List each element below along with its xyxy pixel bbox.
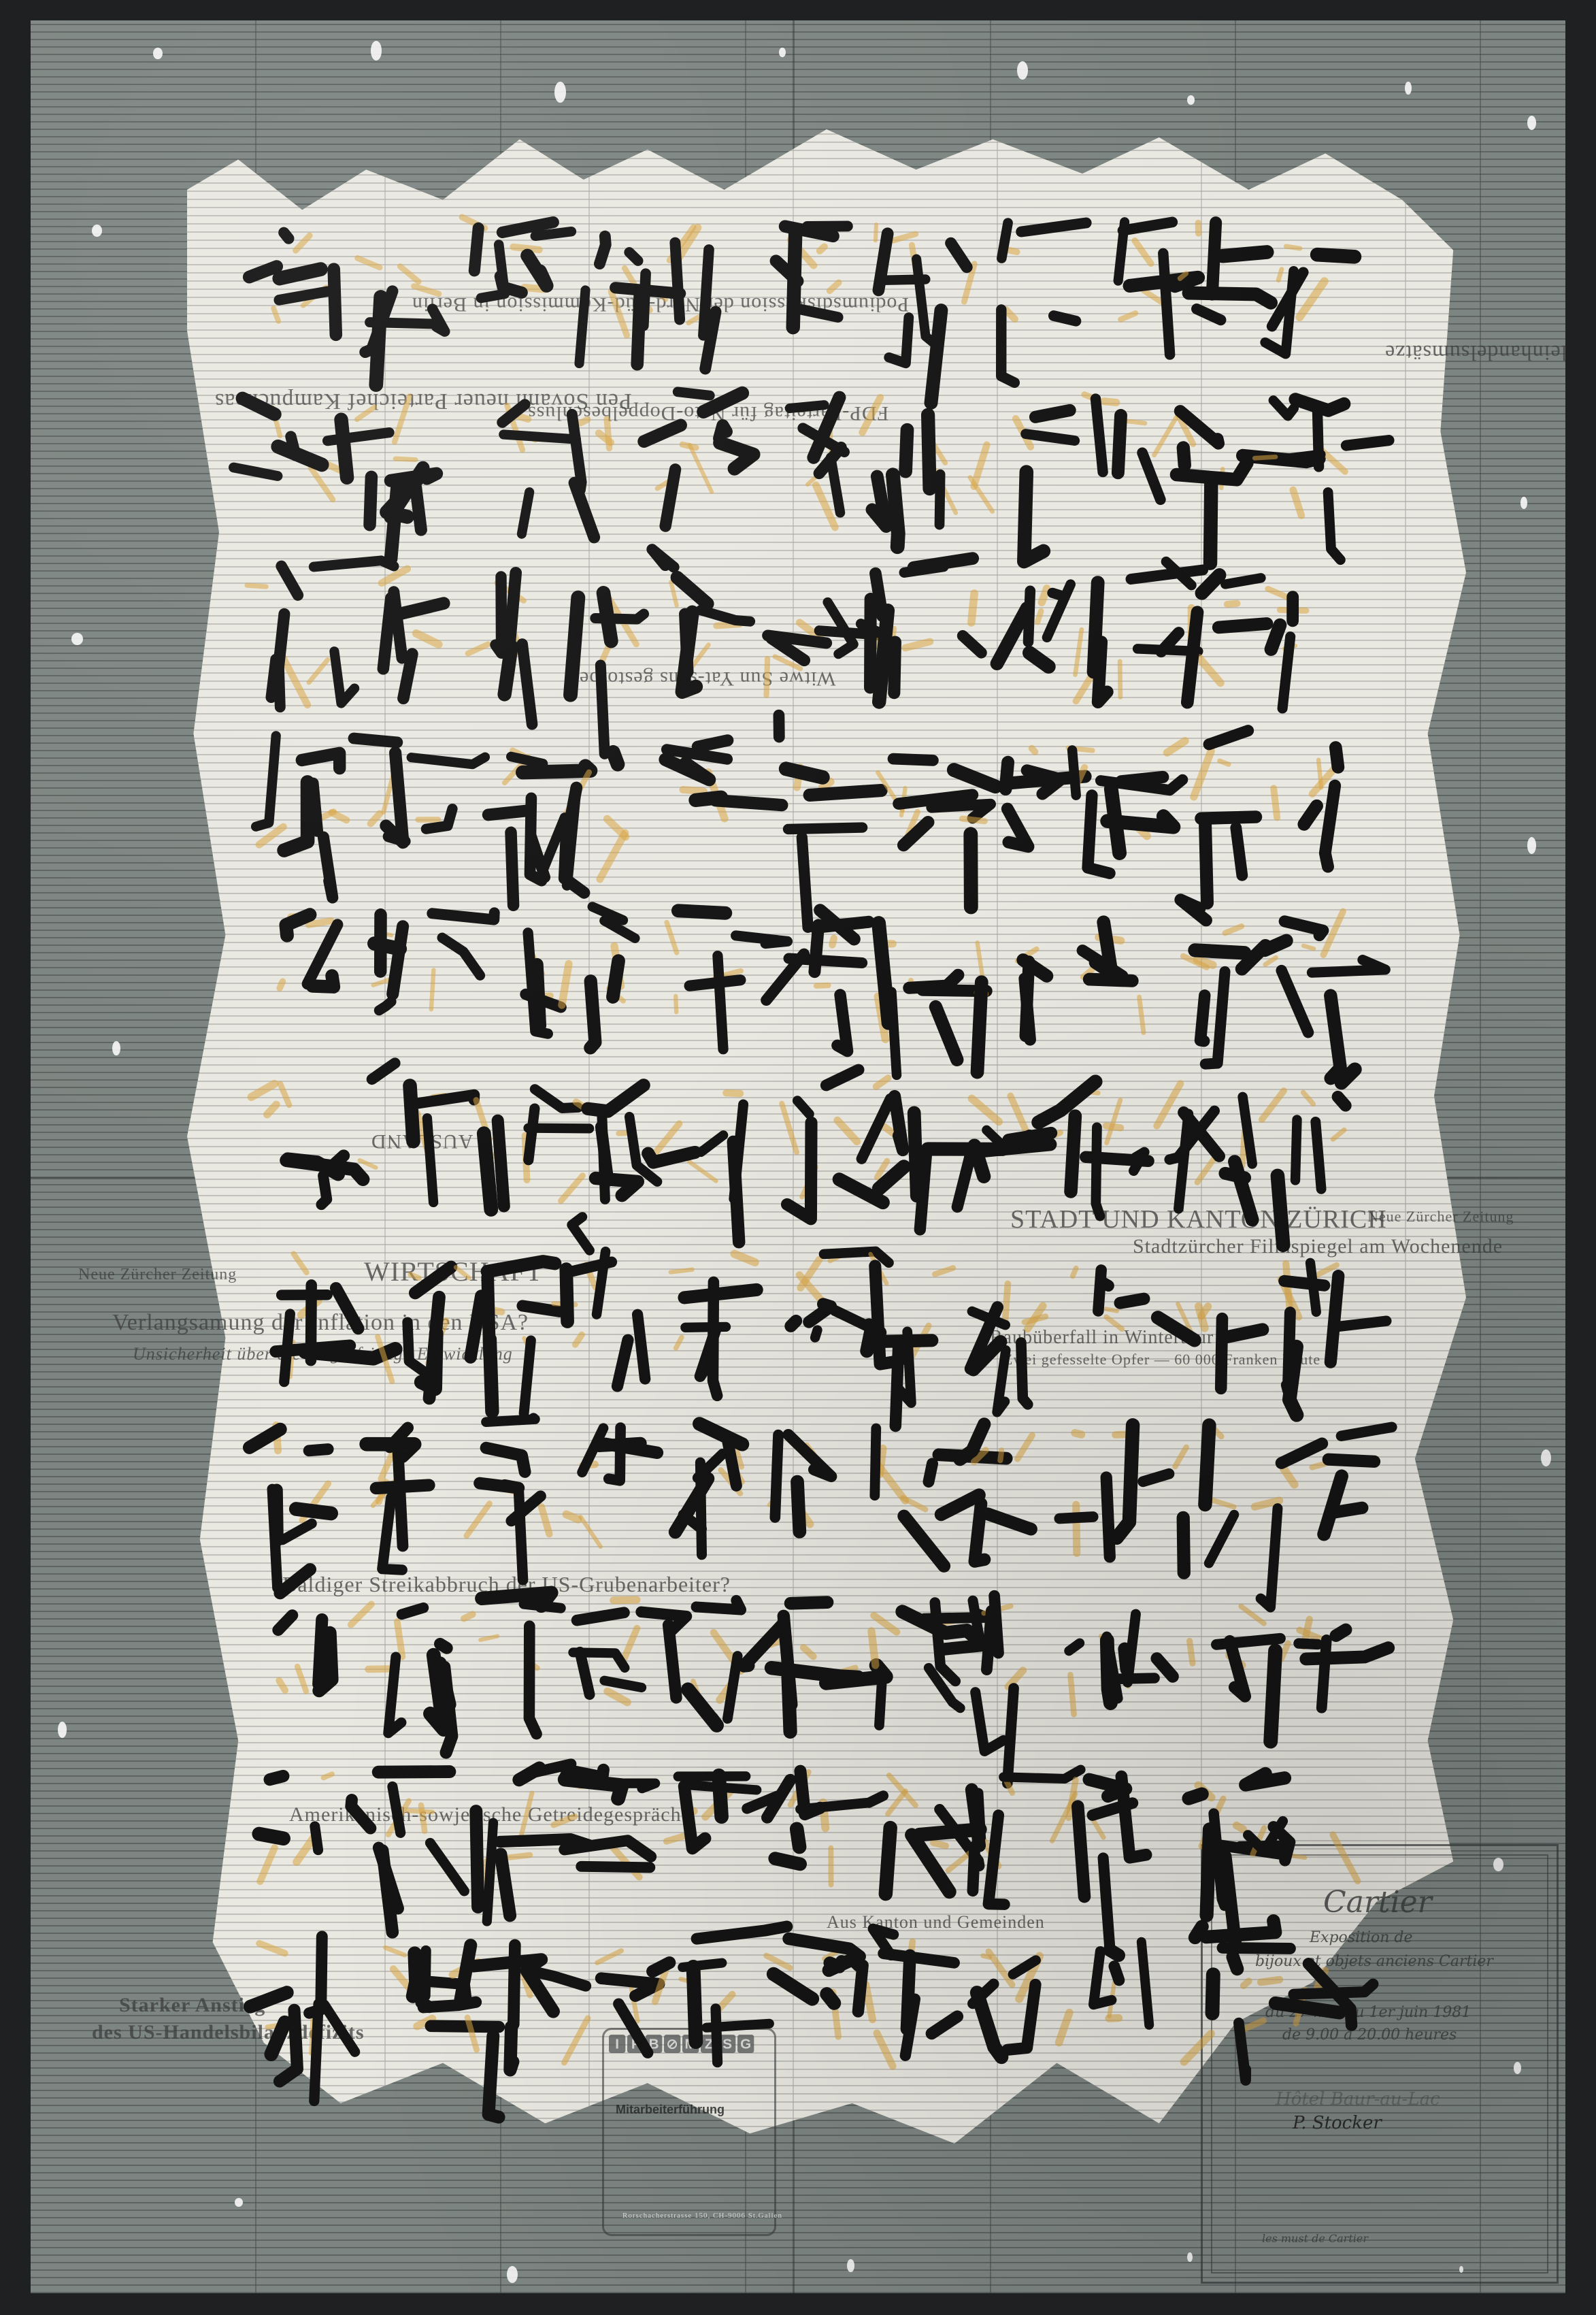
script-glyph [278, 1569, 332, 1691]
script-glyph [744, 1603, 886, 1732]
script-glyph [554, 1217, 646, 1386]
script-glyph [951, 223, 1086, 383]
script-glyph [1084, 395, 1161, 499]
script-glyph [351, 1605, 452, 1753]
script-glyph [779, 715, 881, 927]
artwork-sheet: Pen Sovann neuer Parteichef Kampucheas P… [31, 20, 1565, 2293]
script-glyph [1059, 1942, 1150, 2043]
script-glyph [954, 749, 1085, 907]
script-glyph [462, 217, 571, 298]
script-glyph [561, 1085, 658, 1201]
script-glyph [580, 236, 680, 364]
script-glyph [378, 1267, 451, 1398]
script-glyph [878, 923, 986, 1075]
script-glyph [667, 910, 787, 1049]
script-glyph [354, 738, 485, 842]
script-glyph [776, 226, 848, 327]
script-glyph [566, 1428, 656, 1547]
script-glyph [970, 410, 1075, 561]
script-glyph [276, 1254, 395, 1382]
script-glyph [669, 227, 716, 369]
script-glyph [357, 258, 444, 384]
script-glyph [1157, 1084, 1252, 1220]
script-glyph [250, 1937, 355, 2101]
script-glyph [665, 740, 782, 819]
script-glyph [367, 1428, 429, 1570]
script-glyph [1261, 1964, 1373, 2025]
script-glyph [657, 392, 753, 526]
script-glyph [250, 1425, 331, 1588]
script-glyph [1073, 1268, 1144, 1329]
script-glyph [251, 1084, 363, 1204]
script-glyph [1059, 1425, 1169, 1557]
script-glyph [963, 589, 1048, 667]
brush-script-rows [31, 20, 1565, 2293]
script-glyph [747, 1771, 867, 1885]
script-glyph [941, 1424, 1032, 1562]
script-glyph [249, 233, 336, 335]
script-glyph [676, 1424, 742, 1554]
script-glyph [280, 915, 337, 988]
script-glyph [464, 1593, 561, 1735]
script-glyph [259, 1774, 332, 1882]
script-glyph [502, 404, 576, 533]
picture-frame: Pen Sovann neuer Parteichef Kampucheas P… [0, 0, 1596, 2315]
script-glyph [247, 561, 394, 707]
script-glyph [1167, 731, 1256, 903]
script-glyph [766, 1939, 859, 2037]
script-glyph [1068, 748, 1182, 873]
script-glyph [571, 593, 644, 754]
script-glyph [790, 397, 844, 527]
script-glyph [1158, 1304, 1263, 1388]
script-glyph [360, 1063, 474, 1202]
script-glyph [1281, 1263, 1386, 1415]
script-glyph [869, 1775, 980, 1894]
script-glyph [442, 933, 561, 1034]
script-glyph [1265, 246, 1354, 354]
script-glyph [1274, 748, 1338, 867]
script-glyph [382, 569, 444, 698]
script-glyph [876, 225, 941, 403]
script-glyph [1271, 1620, 1389, 1741]
script-glyph [554, 1770, 655, 1877]
script-glyph [973, 1596, 1023, 1784]
script-glyph [766, 910, 869, 1051]
script-glyph [1052, 1777, 1146, 1952]
script-glyph [863, 397, 956, 546]
script-glyph [562, 907, 635, 1048]
script-glyph [1262, 1070, 1355, 1245]
script-glyph [1161, 561, 1267, 702]
script-glyph [867, 1254, 953, 1426]
script-glyph [671, 1254, 757, 1396]
script-glyph [256, 736, 346, 898]
script-glyph [977, 942, 1046, 1072]
script-glyph [1054, 222, 1198, 321]
script-glyph [1180, 900, 1265, 1064]
script-glyph [1157, 1607, 1280, 1696]
script-glyph [1082, 922, 1144, 1032]
script-glyph [871, 1603, 986, 1726]
script-glyph [468, 573, 532, 725]
script-glyph [1069, 1614, 1154, 1714]
script-glyph [1268, 589, 1306, 708]
script-glyph [870, 559, 973, 702]
script-glyph [1265, 911, 1385, 1078]
script-glyph [652, 1926, 787, 2063]
script-glyph [973, 1952, 1040, 2057]
script-glyph [1254, 1427, 1392, 1607]
script-glyph [1254, 399, 1389, 560]
script-glyph [357, 396, 437, 559]
script-glyph [648, 1093, 744, 1242]
script-glyph [1175, 1426, 1234, 1573]
script-glyph [456, 1262, 559, 1413]
script-glyph [971, 1284, 1046, 1413]
script-glyph [467, 1418, 550, 1580]
script-glyph [351, 1772, 464, 1933]
script-glyph [769, 1434, 831, 1531]
script-glyph [858, 1928, 957, 2066]
script-glyph [652, 549, 750, 691]
script-glyph [1246, 1774, 1358, 1882]
